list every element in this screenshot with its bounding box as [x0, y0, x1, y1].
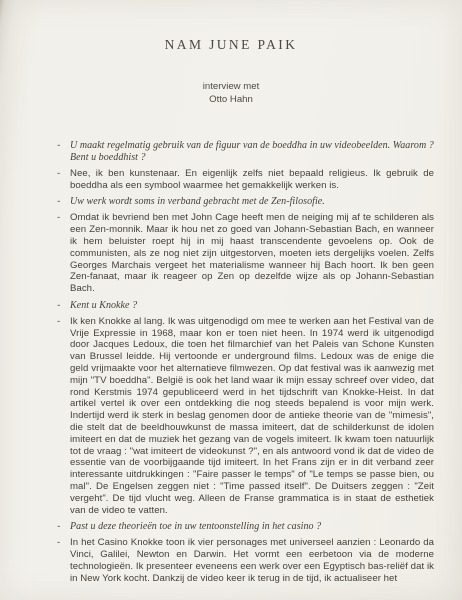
- page-title: NAM JUNE PAIK: [0, 37, 462, 53]
- interview-question: - Past u deze theorieën toe in uw tentoo…: [57, 521, 434, 533]
- subtitle-line-2: Otto Hahn: [0, 94, 462, 107]
- interview-answer: - Ik ken Knokke al lang. Ik was uitgenod…: [57, 316, 434, 517]
- answer-text: Ik ken Knokke al lang. Ik was uitgenodig…: [70, 316, 434, 517]
- list-dash: -: [57, 316, 70, 517]
- question-text: Uw werk wordt soms in verband gebracht m…: [70, 196, 434, 208]
- interview-question: - U maakt regelmatig gebruik van de figu…: [57, 140, 434, 164]
- list-dash: -: [57, 300, 70, 312]
- interview-answer: - In het Casino Knokke toon ik vier pers…: [57, 537, 434, 584]
- list-dash: -: [57, 196, 70, 208]
- scanned-book-page: NAM JUNE PAIK interview met Otto Hahn - …: [0, 0, 462, 600]
- list-dash: -: [57, 537, 70, 584]
- answer-text: Omdat ik bevriend ben met John Cage heef…: [70, 212, 434, 295]
- list-dash: -: [57, 521, 70, 533]
- question-text: Past u deze theorieën toe in uw tentoons…: [70, 521, 434, 533]
- question-text: Kent u Knokke ?: [70, 300, 434, 312]
- subtitle: interview met Otto Hahn: [0, 81, 462, 106]
- list-dash: -: [57, 140, 70, 164]
- answer-text: Nee, ik ben kunstenaar. En eigenlijk zel…: [70, 168, 434, 192]
- interview-body: - U maakt regelmatig gebruik van de figu…: [57, 140, 434, 589]
- interview-question: - Uw werk wordt soms in verband gebracht…: [57, 196, 434, 208]
- subtitle-line-1: interview met: [0, 81, 462, 94]
- list-dash: -: [57, 168, 70, 192]
- interview-answer: - Nee, ik ben kunstenaar. En eigenlijk z…: [57, 168, 434, 192]
- interview-question: - Kent u Knokke ?: [57, 300, 434, 312]
- question-text: U maakt regelmatig gebruik van de figuur…: [70, 140, 434, 164]
- list-dash: -: [57, 212, 70, 295]
- interview-answer: - Omdat ik bevriend ben met John Cage he…: [57, 212, 434, 295]
- answer-text: In het Casino Knokke toon ik vier person…: [70, 537, 434, 584]
